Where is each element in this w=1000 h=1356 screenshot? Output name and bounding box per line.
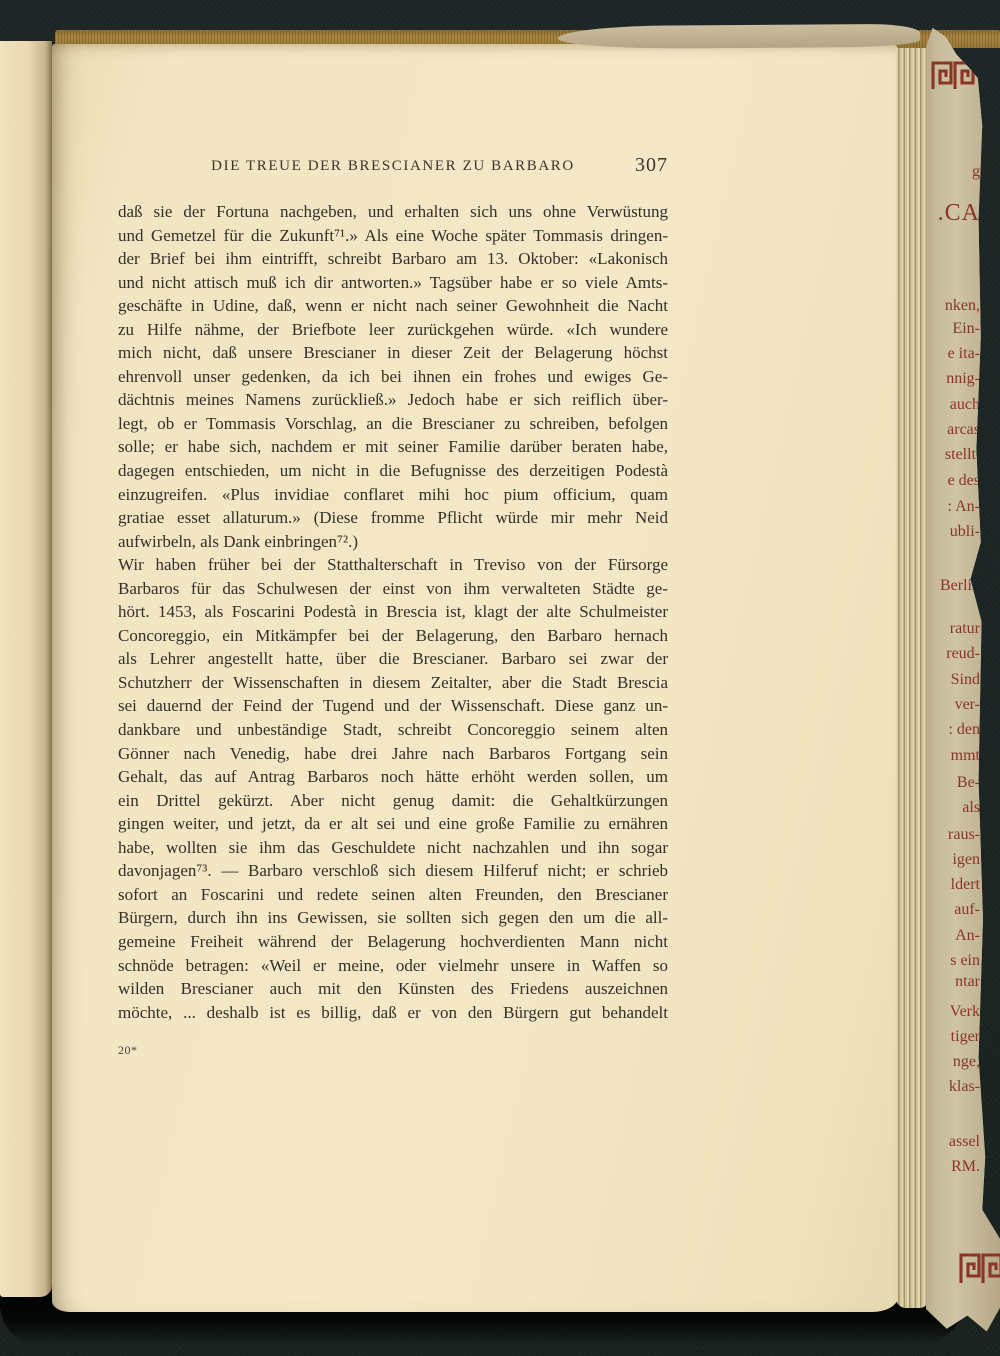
jacket-text-fragment: ntar xyxy=(955,973,980,991)
page-text: daß sie der Fortuna nachgeben, und erhal… xyxy=(118,200,668,1024)
jacket-text-fragment: e des xyxy=(948,472,980,490)
jacket-text-fragment: tiger xyxy=(951,1028,980,1046)
text-line: sofort an Foscarini und redete seinen al… xyxy=(118,883,668,907)
text-line: und nicht attisch muß ich dir antworten.… xyxy=(118,271,668,295)
jacket-text-fragment: Berlin xyxy=(940,577,980,595)
book-page: DIE TREUE DER BRESCIANER ZU BARBARO 307 … xyxy=(52,44,898,1312)
text-column: DIE TREUE DER BRESCIANER ZU BARBARO 307 … xyxy=(118,158,668,1024)
text-line: solle; er habe sich, nachdem er mit sein… xyxy=(118,435,668,459)
jacket-text-fragment: nge, xyxy=(953,1053,980,1071)
jacket-text-fragment: stellt. xyxy=(945,446,980,464)
jacket-text-fragment: An- xyxy=(955,927,980,945)
text-line: habe, wollten sie ihm das Geschuldete ni… xyxy=(118,836,668,860)
jacket-text-fragment: arcas xyxy=(947,421,980,439)
text-line: Gehalt, das auf Antrag Barbaros noch hät… xyxy=(118,765,668,789)
text-line: Wir haben früher bei der Statthalterscha… xyxy=(118,553,668,577)
text-line: geschäfte in Udine, daß, wenn er nicht n… xyxy=(118,294,668,318)
jacket-text-fragment: e ita- xyxy=(948,345,980,363)
text-line: dagegen entschieden, um nicht in die Bef… xyxy=(118,459,668,483)
jacket-text-fragment: reud- xyxy=(946,645,980,663)
jacket-text-fragment: RM. xyxy=(951,1158,980,1176)
text-line: ein Drittel gekürzt. Aber nicht genug da… xyxy=(118,789,668,813)
text-line: Barbaros für das Schulwesen der einst vo… xyxy=(118,577,668,601)
text-line: mich nicht, daß unsere Brescianer in die… xyxy=(118,341,668,365)
jacket-text-fragment: Ein- xyxy=(952,320,980,338)
text-line: gemeine Freiheit während der Belagerung … xyxy=(118,930,668,954)
text-line: zu Hilfe nähme, der Briefbote leer zurüc… xyxy=(118,318,668,342)
text-line: als Lehrer angestellt hatte, über die Br… xyxy=(118,647,668,671)
jacket-text-fragment: Be- xyxy=(957,774,980,792)
text-line: Bürgern, durch ihn ins Gewissen, sie sol… xyxy=(118,906,668,930)
jacket-text-fragment: raus- xyxy=(948,826,980,844)
jacket-fragments: g.CAnken,Ein-e ita-nnig-aucharcasstellt.… xyxy=(926,20,1000,1342)
text-line: Gönner nach Venedig, habe drei Jahre nac… xyxy=(118,742,668,766)
page-fore-edge xyxy=(896,48,928,1308)
signature-mark: 20* xyxy=(118,1043,138,1058)
text-line: Schutzherr der Wissenschaften in diesem … xyxy=(118,671,668,695)
text-line: und Gemetzel für die Zukunft⁷¹.» Als ein… xyxy=(118,224,668,248)
jacket-text-fragment: auf- xyxy=(954,901,980,919)
jacket-text-fragment: klas- xyxy=(949,1078,980,1096)
jacket-text-fragment: Verk xyxy=(950,1003,980,1021)
scanned-book-photo: DIE TREUE DER BRESCIANER ZU BARBARO 307 … xyxy=(0,0,1000,1356)
text-line: gratiae esset allaturum.» (Diese fromme … xyxy=(118,506,668,530)
jacket-text-fragment: nnig- xyxy=(946,370,980,388)
jacket-text-fragment: assel xyxy=(949,1133,980,1151)
jacket-text-fragment: g xyxy=(972,163,980,181)
text-line: aufwirbeln, als Dank einbringen⁷².) xyxy=(118,530,668,554)
dust-jacket-flap: g.CAnken,Ein-e ita-nnig-aucharcasstellt.… xyxy=(926,20,1000,1342)
jacket-text-fragment: : den xyxy=(948,721,980,739)
jacket-text-fragment: ver- xyxy=(955,696,980,714)
text-line: schnöde betragen: «Weil er meine, oder v… xyxy=(118,954,668,978)
greek-key-ornament-bottom xyxy=(958,1252,1000,1284)
text-line: einzugreifen. «Plus invidiae conflaret m… xyxy=(118,483,668,507)
jacket-text-fragment: auch xyxy=(950,396,980,414)
jacket-text-fragment: s ein xyxy=(950,952,980,970)
text-line: der Brief bei ihm eintrifft, schreibt Ba… xyxy=(118,247,668,271)
running-header: DIE TREUE DER BRESCIANER ZU BARBARO xyxy=(118,158,668,175)
text-line: Concoreggio, ein Mitkämpfer bei der Bela… xyxy=(118,624,668,648)
text-line: sei dauernd der Feind der Tugend und der… xyxy=(118,694,668,718)
text-line: dächtnis meines Namens zurückließ.» Jedo… xyxy=(118,388,668,412)
jacket-text-fragment: ldert xyxy=(951,876,980,894)
jacket-text-fragment: Sind xyxy=(951,671,980,689)
text-line: hört. 1453, als Foscarini Podestà in Bre… xyxy=(118,600,668,624)
jacket-text-fragment: nken, xyxy=(945,297,980,315)
facing-page-edge xyxy=(0,41,52,1297)
text-line: gingen weiter, und jetzt, da er alt sei … xyxy=(118,812,668,836)
torn-jacket-remnant xyxy=(558,24,920,50)
page-head-row: DIE TREUE DER BRESCIANER ZU BARBARO 307 xyxy=(118,158,668,178)
jacket-text-fragment: mmt xyxy=(951,747,980,765)
text-line: davonjagen⁷³. — Barbaro verschloß sich d… xyxy=(118,859,668,883)
jacket-text-fragment: ubli- xyxy=(950,523,980,541)
text-line: legt, ob er Tommasis Vorschlag, an die B… xyxy=(118,412,668,436)
text-line: möchte, ... deshalb ist es billig, daß e… xyxy=(118,1001,668,1025)
text-line: ehrenvoll unser gedenken, da ich bei ihn… xyxy=(118,365,668,389)
jacket-text-fragment: als xyxy=(962,799,980,817)
jacket-text-fragment: .CA xyxy=(938,204,980,222)
jacket-text-fragment: : An- xyxy=(948,498,980,516)
jacket-text-fragment: ratur xyxy=(950,620,980,638)
page-number: 307 xyxy=(635,154,668,177)
jacket-text-fragment: igen xyxy=(952,851,980,869)
text-line: daß sie der Fortuna nachgeben, und erhal… xyxy=(118,200,668,224)
text-line: wilden Brescianer auch mit den Künsten d… xyxy=(118,977,668,1001)
text-line: dankbare und unbeständige Stadt, schreib… xyxy=(118,718,668,742)
